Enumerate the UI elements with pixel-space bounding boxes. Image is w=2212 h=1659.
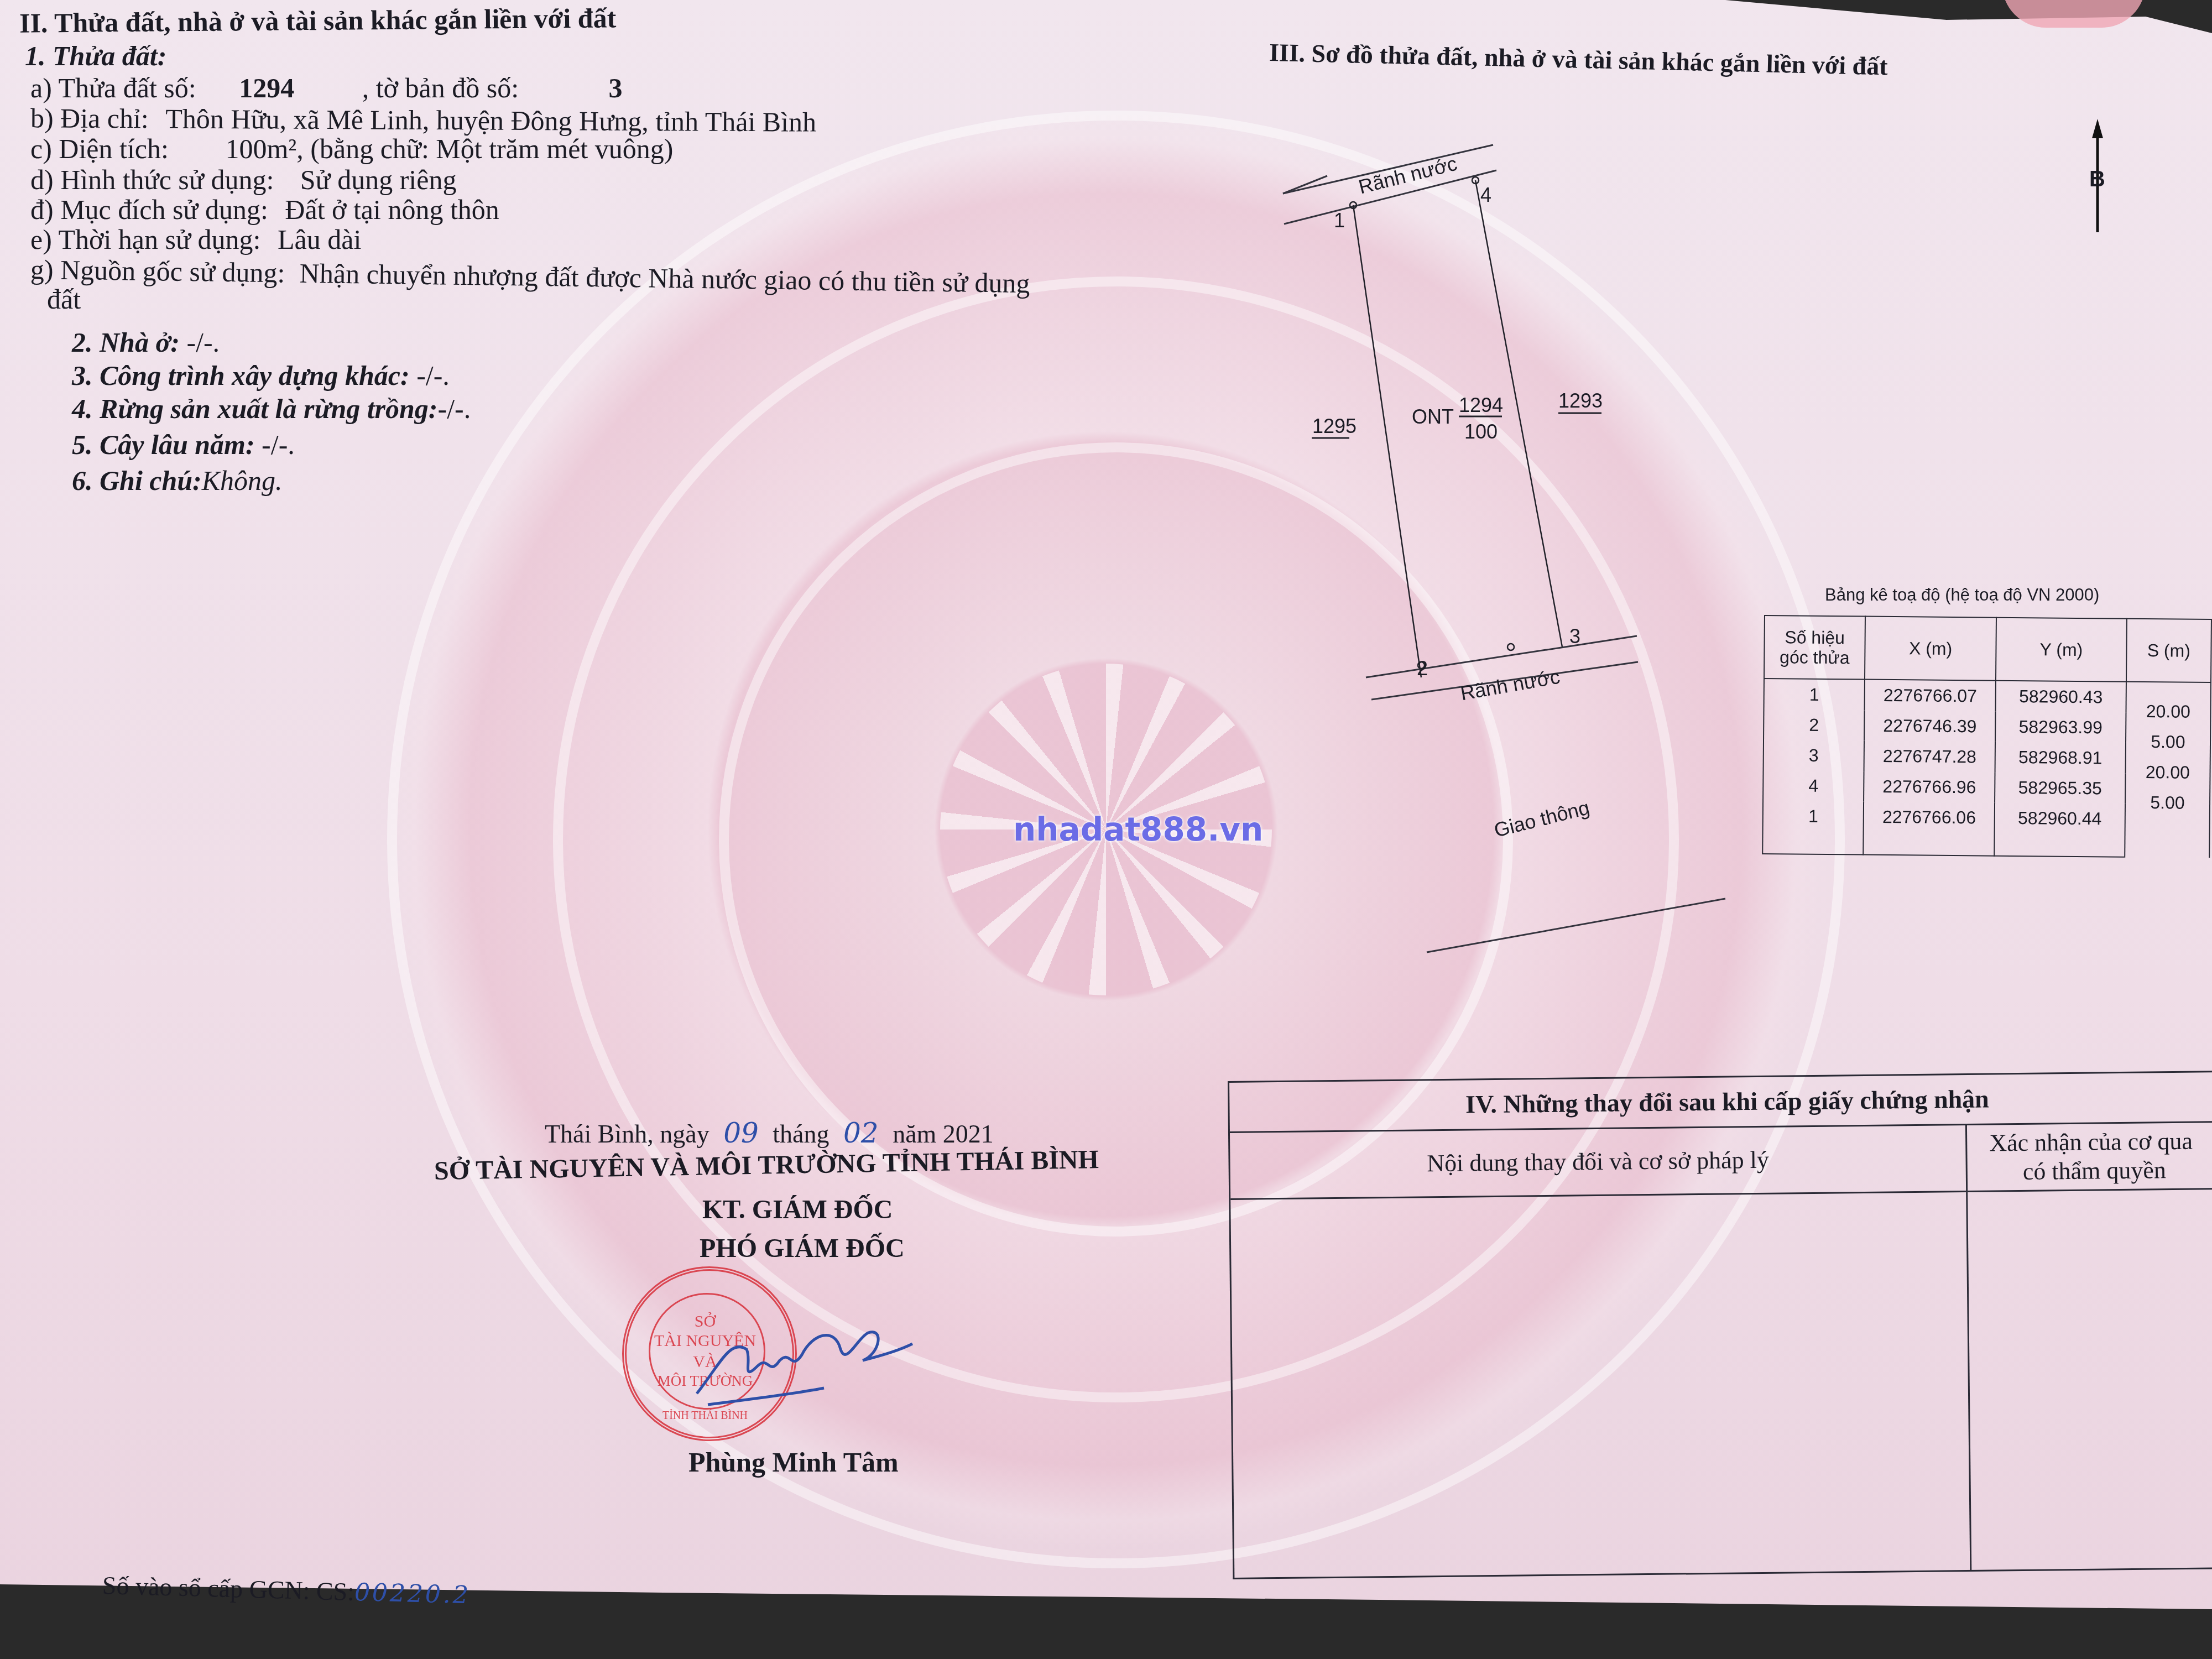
map-sheet-label: , tờ bản đồ số: xyxy=(362,72,519,103)
month-label: tháng xyxy=(773,1120,829,1148)
col-header-authority-confirmation: Xác nhận của cơ qua có thẩm quyền xyxy=(1967,1123,2212,1192)
cell-y: 582963.99 xyxy=(1995,712,2126,743)
item-house-label: 2. Nhà ở: xyxy=(72,327,180,358)
item-house-value: -/-. xyxy=(180,327,220,358)
item-notes-label: 6. Ghi chú: xyxy=(72,465,202,496)
parcel-no-label: a) Thửa đất số: xyxy=(30,72,196,103)
column-authority-confirmation: Xác nhận của cơ qua có thẩm quyền xyxy=(1967,1123,2212,1570)
cell-point: 1 xyxy=(1762,801,1864,855)
coordinate-table: Số hiệu góc thửa X (m) Y (m) S (m) 1 227… xyxy=(1762,615,2212,858)
coord-table-title: Bảng kê toạ độ (hệ toạ độ VN 2000) xyxy=(1825,585,2099,605)
cell-y: 582968.91 xyxy=(1995,742,2126,774)
cell-point: 1 xyxy=(1764,679,1865,711)
signer-position: PHÓ GIÁM ĐỐC xyxy=(700,1233,905,1264)
corner-label-1: 1 xyxy=(1334,209,1345,232)
cell-x: 2276747.28 xyxy=(1864,741,1996,773)
item-house: 2. Nhà ở: -/-. xyxy=(72,326,220,358)
issue-date: Thái Bình, ngày 09 tháng 02 năm 2021 xyxy=(545,1117,994,1149)
col-header-y: Y (m) xyxy=(1996,618,2126,682)
neighbor-parcel-right: 1293 xyxy=(1558,389,1603,413)
corner-label-4: 4 xyxy=(1480,184,1491,207)
cell-y: 582960.43 xyxy=(1996,681,2126,713)
parcel-number-label: 1294 xyxy=(1459,394,1503,417)
cell-y: 582965.35 xyxy=(1995,773,2125,804)
confirm-line-1: Xác nhận của cơ qua xyxy=(1989,1127,2193,1158)
date-prefix: Thái Bình, ngày xyxy=(545,1120,709,1148)
changes-after-issuance-table: IV. Những thay đổi sau khi cấp giấy chứn… xyxy=(1228,1071,2212,1579)
cell-point: 4 xyxy=(1763,770,1864,802)
north-arrow-label: B xyxy=(2089,167,2105,192)
corner-label-3: 3 xyxy=(1569,625,1580,648)
col-header-s: S (m) xyxy=(2126,619,2211,682)
segment-4-1: 5.00 xyxy=(2126,787,2210,818)
item-production-forest-label: 4. Rừng sản xuất là rừng trồng: xyxy=(72,393,438,424)
cell-x: 2276746.39 xyxy=(1864,711,1996,742)
area-label: c) Diện tích: xyxy=(30,133,169,164)
cell-x: 2276766.07 xyxy=(1865,680,1996,712)
item-production-forest-value: -/-. xyxy=(438,393,471,424)
segment-2-3: 5.00 xyxy=(2126,727,2210,758)
usage-form-value: Sử dụng riêng xyxy=(300,164,457,195)
origin-continuation: đất xyxy=(47,283,81,315)
date-day: 09 xyxy=(723,1117,759,1149)
land-parcel-heading: 1. Thửa đất: xyxy=(25,40,166,72)
cell-x: 2276766.06 xyxy=(1863,802,1995,856)
year-label: năm 2021 xyxy=(893,1120,994,1148)
signer-name: Phùng Minh Tâm xyxy=(688,1446,899,1478)
purpose-label: đ) Mục đích sử dụng: xyxy=(30,194,268,225)
cell-segment-lengths: 20.00 5.00 20.00 5.00 xyxy=(2125,682,2211,858)
col-header-x: X (m) xyxy=(1865,617,1996,681)
on-behalf-of: KT. GIÁM ĐỐC xyxy=(702,1194,893,1225)
neighbor-parcel-left: 1295 xyxy=(1312,415,1357,438)
date-month: 02 xyxy=(843,1117,879,1149)
parcel-no-row: a) Thửa đất số: 1294 , tờ bản đồ số: 3 xyxy=(30,72,623,104)
item-other-construction-value: -/-. xyxy=(410,360,450,391)
registry-number: 00220.2 xyxy=(354,1578,471,1609)
watermark-logo: nhadat888.vn xyxy=(1013,811,1263,848)
section-ii-title: II. Thửa đất, nhà ở và tài sản khác gắn … xyxy=(19,2,617,39)
table-row: 1 2276766.07 582960.43 20.00 5.00 20.00 … xyxy=(1764,679,2211,713)
col-header-point: Số hiệu góc thửa xyxy=(1764,615,1865,680)
term-label: e) Thời hạn sử dụng: xyxy=(30,224,260,255)
parcel-land-type: ONT xyxy=(1412,405,1454,429)
col-header-change-content: Nội dung thay đổi và cơ sở pháp lý xyxy=(1230,1125,1966,1200)
parcel-area-label: 100 xyxy=(1464,420,1498,444)
item-notes-value: Không. xyxy=(202,465,283,496)
cell-point: 2 xyxy=(1764,709,1865,741)
item-perennial-trees-value: -/-. xyxy=(255,429,295,460)
segment-3-4: 20.00 xyxy=(2126,757,2210,788)
item-notes: 6. Ghi chú:Không. xyxy=(72,465,283,497)
item-other-construction: 3. Công trình xây dựng khác: -/-. xyxy=(72,359,450,392)
purpose-value: Đất ở tại nông thôn xyxy=(285,194,499,225)
cell-y: 582960.44 xyxy=(1994,803,2125,857)
signature-scribble xyxy=(686,1316,918,1410)
address-label: b) Địa chỉ: xyxy=(30,102,149,134)
map-sheet-value: 3 xyxy=(609,72,623,103)
parcel-no-value: 1294 xyxy=(239,72,294,103)
item-other-construction-label: 3. Công trình xây dựng khác: xyxy=(72,360,410,391)
usage-form-label: d) Hình thức sử dụng: xyxy=(30,164,274,195)
area-value: 100m², (bằng chữ: Một trăm mét vuông) xyxy=(225,133,673,164)
cell-point: 3 xyxy=(1764,740,1865,771)
usage-form-row: d) Hình thức sử dụng: Sử dụng riêng xyxy=(30,164,456,196)
item-perennial-trees-label: 5. Cây lâu năm: xyxy=(72,429,255,460)
term-row: e) Thời hạn sử dụng: Lâu dài xyxy=(30,223,361,255)
column-change-content: Nội dung thay đổi và cơ sở pháp lý xyxy=(1230,1125,1971,1578)
term-value: Lâu dài xyxy=(278,224,361,255)
cell-x: 2276766.96 xyxy=(1864,771,1995,803)
area-row: c) Diện tích: 100m², (bằng chữ: Một trăm… xyxy=(30,133,673,165)
item-production-forest: 4. Rừng sản xuất là rừng trồng:-/-. xyxy=(72,393,471,425)
segment-1-2: 20.00 xyxy=(2126,696,2210,727)
corner-label-2: 2 xyxy=(1417,657,1428,680)
registry-label: Số vào sổ cấp GCN: CS: xyxy=(102,1571,354,1606)
item-perennial-trees: 5. Cây lâu năm: -/-. xyxy=(72,429,295,461)
confirm-line-2: có thẩm quyền xyxy=(1990,1156,2167,1186)
purpose-row: đ) Mục đích sử dụng: Đất ở tại nông thôn xyxy=(30,194,499,226)
